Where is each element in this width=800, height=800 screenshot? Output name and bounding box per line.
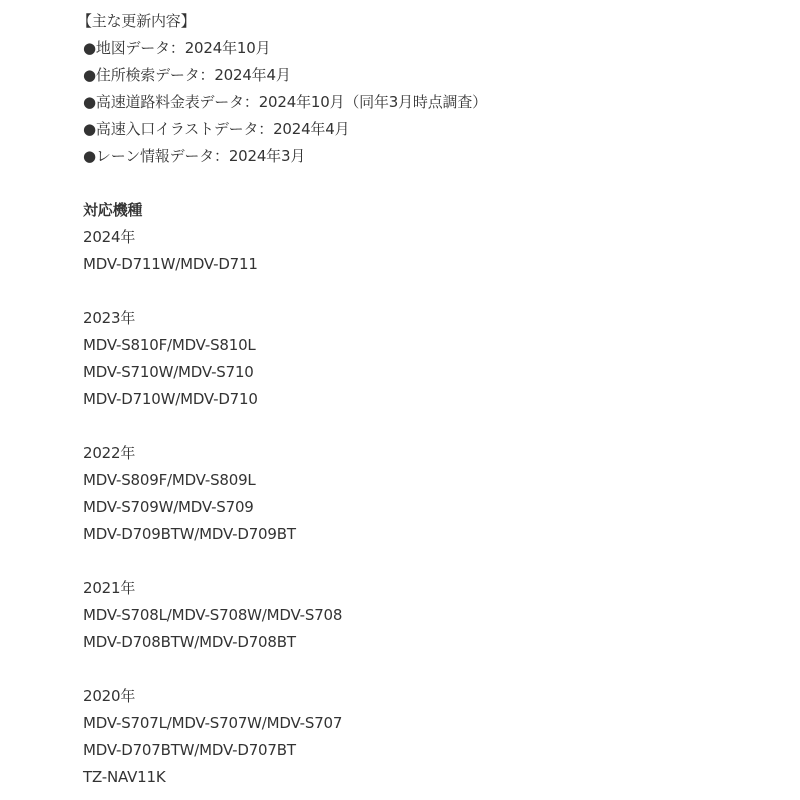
model-year: 2022年 [83,440,783,467]
bullet-icon: ● [83,93,96,111]
model-name: MDV-D711W/MDV-D711 [83,251,783,278]
updates-title: 【主な更新内容】 [77,8,783,35]
model-name: MDV-D707BTW/MDV-D707BT [83,737,783,764]
bullet-icon: ● [83,147,96,165]
update-value: 2024年10月（同年3月時点調査） [259,93,487,111]
update-item-address-search: ●住所検索データ：2024年4月 [83,62,783,89]
model-group-2021: 2021年 MDV-S708L/MDV-S708W/MDV-S708 MDV-D… [83,575,783,656]
separator: ： [258,120,273,138]
model-name: MDV-S710W/MDV-S710 [83,359,783,386]
model-year: 2021年 [83,575,783,602]
update-item-highway-toll: ●高速道路料金表データ：2024年10月（同年3月時点調査） [83,89,783,116]
model-name: MDV-D709BTW/MDV-D709BT [83,521,783,548]
document-content: 【主な更新内容】 ●地図データ：2024年10月 ●住所検索データ：2024年4… [83,8,783,791]
update-value: 2024年4月 [273,120,349,138]
model-group-2022: 2022年 MDV-S809F/MDV-S809L MDV-S709W/MDV-… [83,440,783,548]
bullet-icon: ● [83,66,96,84]
update-label: 地図データ [96,39,170,57]
separator: ： [170,39,185,57]
update-label: 高速道路料金表データ [96,93,244,111]
model-year: 2024年 [83,224,783,251]
model-name: MDV-D710W/MDV-D710 [83,386,783,413]
model-group-2020: 2020年 MDV-S707L/MDV-S707W/MDV-S707 MDV-D… [83,683,783,791]
bullet-icon: ● [83,39,96,57]
update-value: 2024年3月 [229,147,305,165]
update-item-highway-entrance: ●高速入口イラストデータ：2024年4月 [83,116,783,143]
spacer [83,413,783,440]
bullet-icon: ● [83,120,96,138]
updates-section: 【主な更新内容】 ●地図データ：2024年10月 ●住所検索データ：2024年4… [83,8,783,170]
model-name: MDV-S709W/MDV-S709 [83,494,783,521]
model-name: MDV-S810F/MDV-S810L [83,332,783,359]
update-item-lane-info: ●レーン情報データ：2024年3月 [83,143,783,170]
spacer [83,278,783,305]
compatible-models-section: 対応機種 2024年 MDV-D711W/MDV-D711 2023年 MDV-… [83,197,783,791]
separator: ： [200,66,215,84]
update-value: 2024年4月 [214,66,290,84]
spacer [83,656,783,683]
model-name: MDV-D708BTW/MDV-D708BT [83,629,783,656]
model-year: 2023年 [83,305,783,332]
separator: ： [244,93,259,111]
separator: ： [214,147,229,165]
spacer [83,170,783,197]
model-name: MDV-S708L/MDV-S708W/MDV-S708 [83,602,783,629]
compatible-models-heading: 対応機種 [83,197,783,224]
model-name: MDV-S809F/MDV-S809L [83,467,783,494]
model-name: MDV-S707L/MDV-S707W/MDV-S707 [83,710,783,737]
update-item-map: ●地図データ：2024年10月 [83,35,783,62]
model-group-2024: 2024年 MDV-D711W/MDV-D711 [83,224,783,278]
model-name: TZ-NAV11K [83,764,783,791]
update-value: 2024年10月 [185,39,271,57]
update-label: 住所検索データ [96,66,200,84]
spacer [83,548,783,575]
model-year: 2020年 [83,683,783,710]
update-label: 高速入口イラストデータ [96,120,258,138]
update-label: レーン情報データ [96,147,214,165]
model-group-2023: 2023年 MDV-S810F/MDV-S810L MDV-S710W/MDV-… [83,305,783,413]
